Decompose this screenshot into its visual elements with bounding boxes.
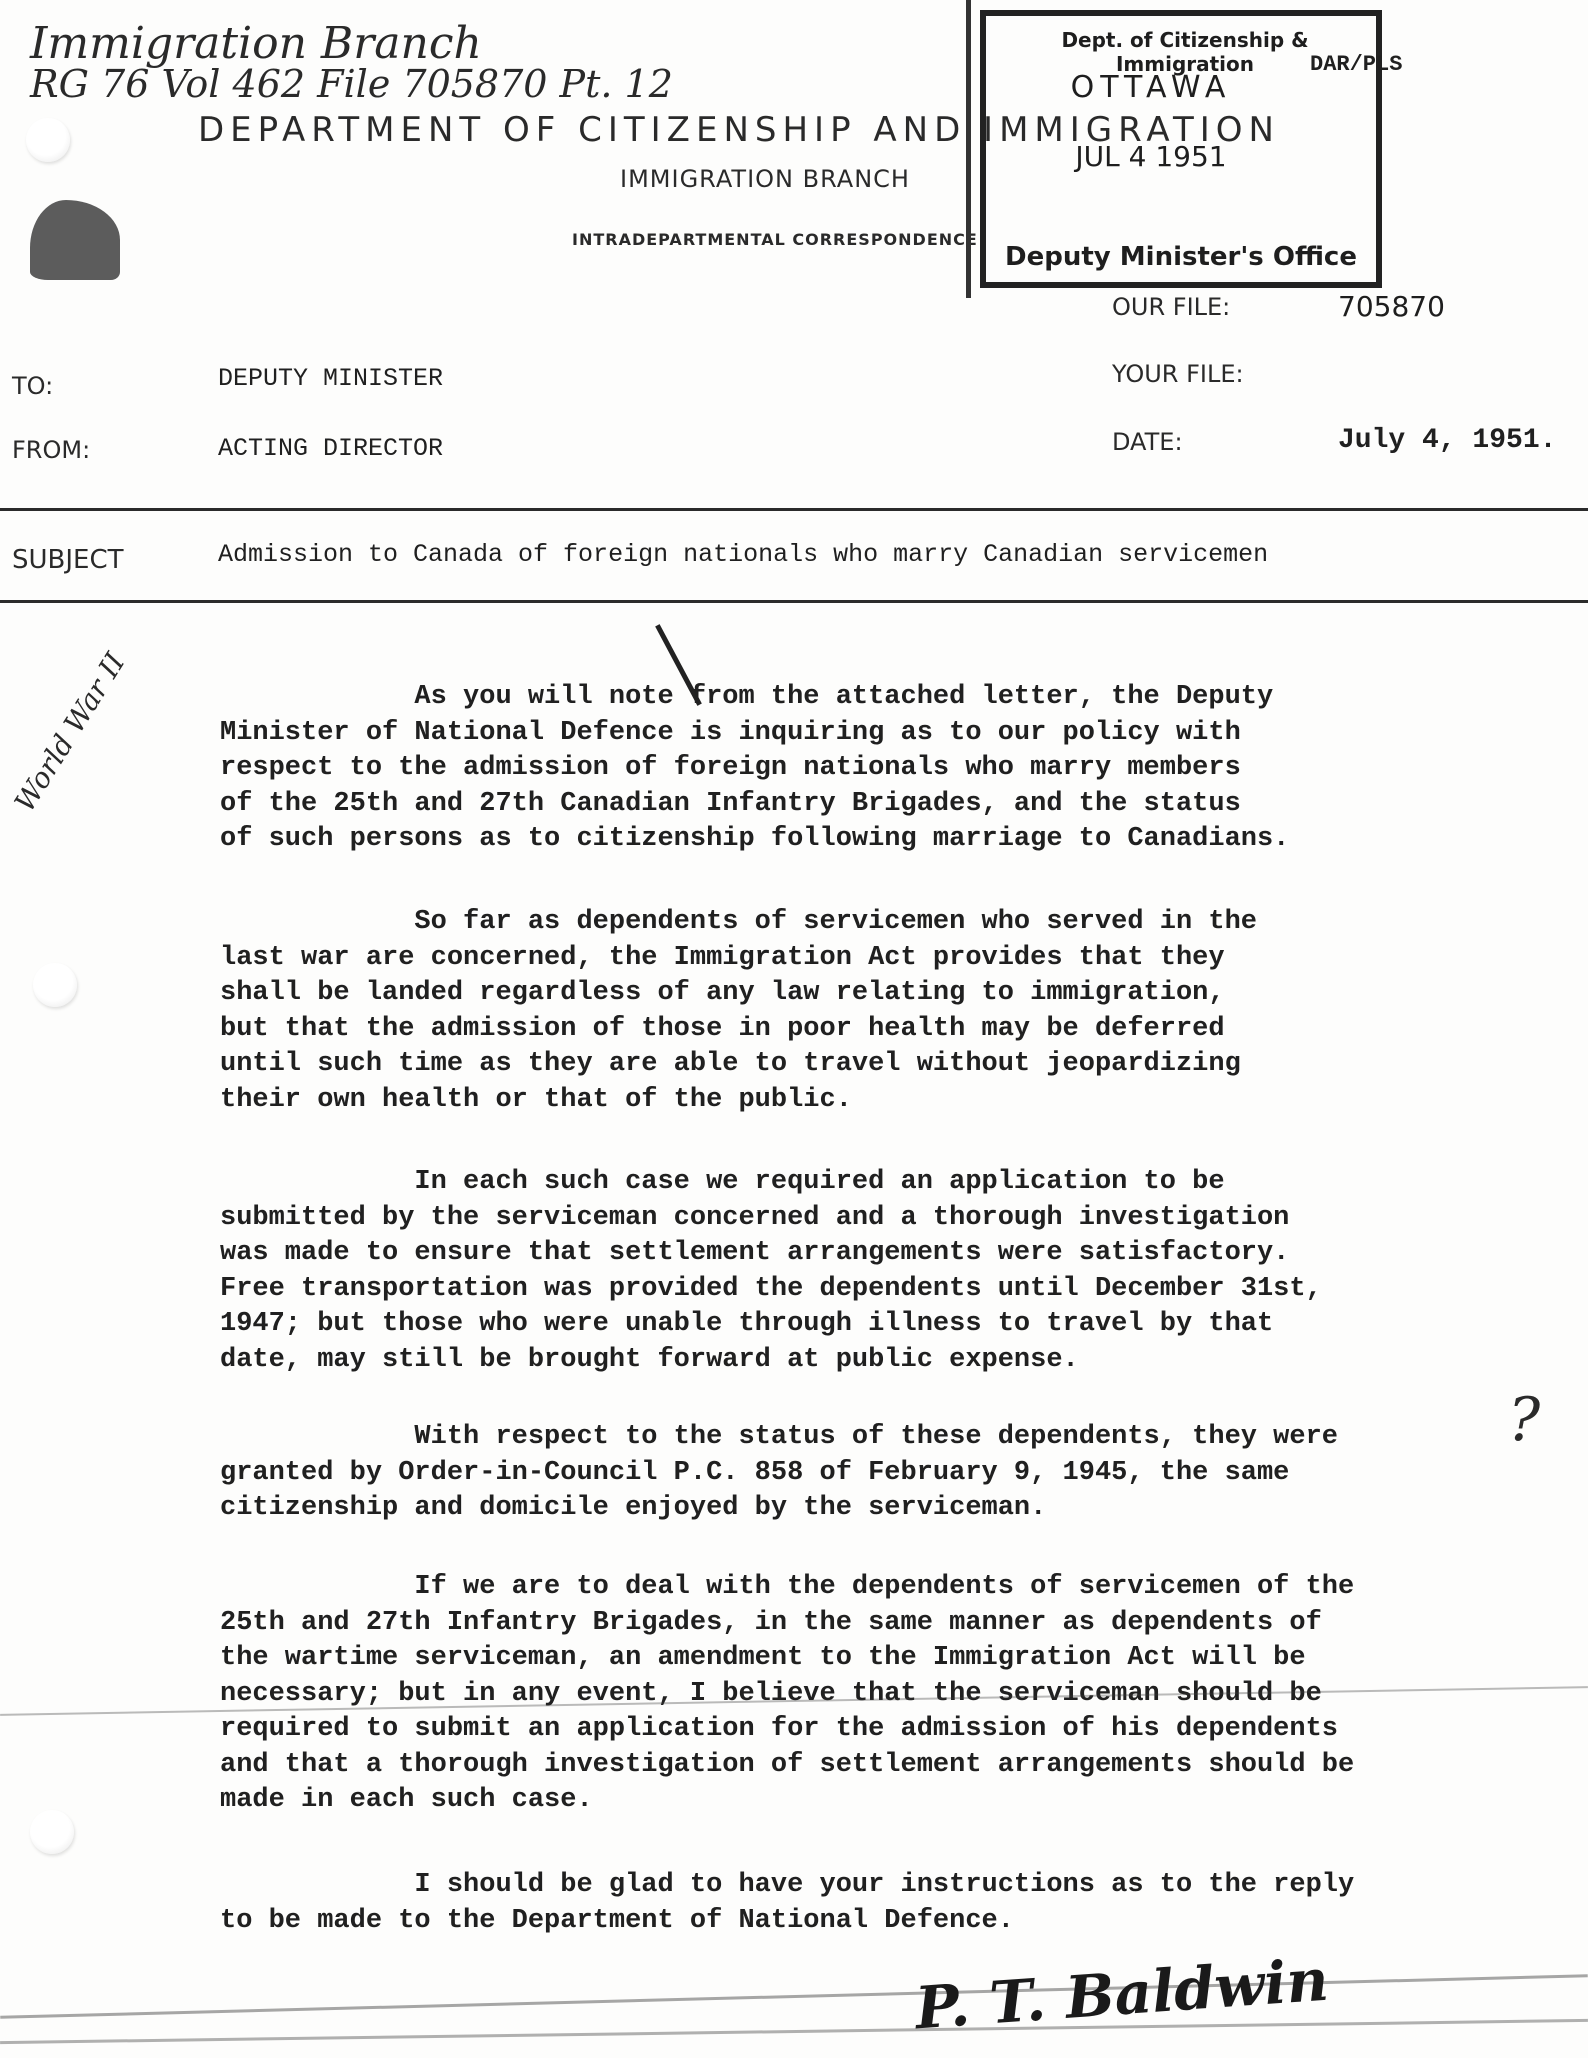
date-value: July 4, 1951. [1338,425,1556,456]
torn-paper-mark [30,200,120,280]
body-paragraph: So far as dependents of servicemen who s… [220,905,1460,1118]
body-paragraph: I should be glad to have your instructio… [220,1868,1460,1939]
from-value: ACTING DIRECTOR [218,434,443,463]
body-paragraph: In each such case we required an applica… [220,1165,1460,1378]
date-label: DATE: [1112,428,1183,456]
stamp-bracket [966,0,971,298]
divider [0,508,1588,511]
punch-hole [26,118,70,162]
subject-label: SUBJECT [12,545,124,575]
to-label: TO: [12,372,53,400]
our-file-value: 705870 [1338,290,1445,323]
our-file-label: OUR FILE: [1112,293,1230,321]
body-paragraph: If we are to deal with the dependents of… [220,1570,1460,1819]
stamp-office: Deputy Minister's Office [996,242,1366,272]
copy-streak [0,1974,1588,2019]
stamp-city: OTTAWA [986,70,1316,105]
body-paragraph: As you will note from the attached lette… [220,680,1460,858]
copy-streak [0,2019,1588,2044]
body-paragraph: With respect to the status of these depe… [220,1420,1460,1527]
your-file-label: YOUR FILE: [1112,360,1244,388]
typist-initials: DAR/PLS [1310,52,1402,77]
subject-value: Admission to Canada of foreign nationals… [218,540,1268,569]
signature: P. T. Baldwin [913,1946,1331,2043]
stamp-date: JUL 4 1951 [986,140,1316,173]
branch-title: IMMIGRATION BRANCH [620,165,910,193]
to-value: DEPUTY MINISTER [218,364,443,393]
from-label: FROM: [12,436,90,464]
punch-hole [30,1810,74,1854]
correspondence-type: INTRADEPARTMENTAL CORRESPONDENCE [572,230,978,249]
handwritten-file-reference: RG 76 Vol 462 File 705870 Pt. 12 [30,62,673,106]
punch-hole [33,963,77,1007]
handwritten-question-mark: ? [1508,1385,1540,1455]
divider [0,600,1588,603]
handwritten-margin-note: World War II [8,647,132,817]
